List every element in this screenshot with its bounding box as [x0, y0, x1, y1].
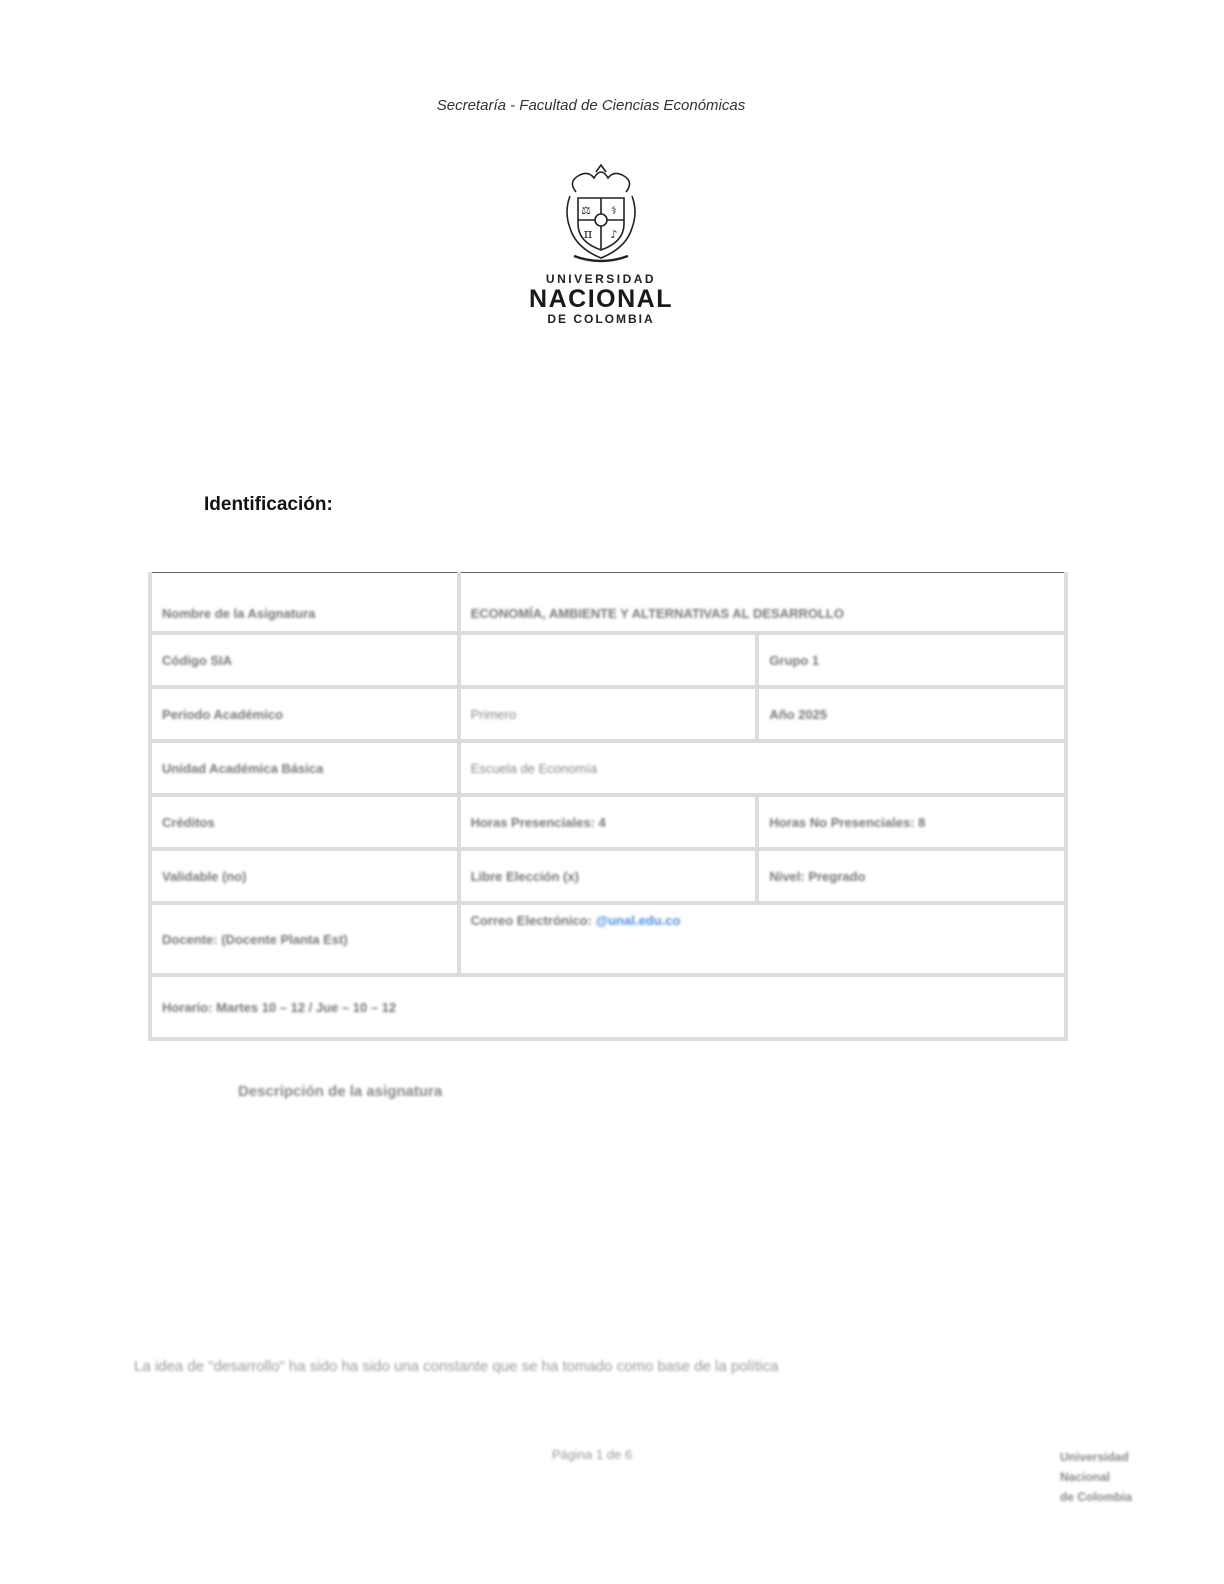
footer-brand: Universidad Nacional de Colombia: [1060, 1447, 1132, 1507]
document-header: Secretaría - Facultad de Ciencias Económ…: [0, 97, 1182, 114]
grupo-label: Grupo 1: [757, 633, 1066, 687]
logo-line-universidad: UNIVERSIDAD: [520, 272, 682, 286]
libre-eleccion-label: Libre Elección (x): [459, 849, 758, 903]
table-row: Créditos Horas Presenciales: 4 Horas No …: [150, 795, 1066, 849]
horas-no-presenciales: Horas No Presenciales: 8: [757, 795, 1066, 849]
footer-brand-line2: Nacional: [1060, 1467, 1132, 1487]
creditos-label: Créditos: [150, 795, 459, 849]
codigo-value: [459, 633, 758, 687]
description-paragraph: La idea de "desarrollo" ha sido ha sido …: [134, 1358, 778, 1375]
section-title: Identificación:: [204, 494, 333, 516]
svg-text:♪: ♪: [610, 228, 617, 241]
horas-presenciales: Horas Presenciales: 4: [459, 795, 758, 849]
correo-label: Correo Electrónico:: [471, 913, 592, 928]
table-row: Unidad Académica Básica Escuela de Econo…: [150, 741, 1066, 795]
nivel-label: Nivel: Pregrado: [757, 849, 1066, 903]
anio-label: Año 2025: [757, 687, 1066, 741]
logo-line-nacional: NACIONAL: [520, 286, 682, 312]
description-title: Descripción de la asignatura: [238, 1083, 442, 1100]
footer-brand-line3: de Colombia: [1060, 1487, 1132, 1507]
svg-text:π: π: [584, 227, 593, 242]
periodo-label: Periodo Académico: [150, 687, 459, 741]
footer-brand-line1: Universidad: [1060, 1447, 1132, 1467]
logo-line-colombia: DE COLOMBIA: [520, 312, 682, 326]
table-row: Código SIA Grupo 1: [150, 633, 1066, 687]
codigo-label: Código SIA: [150, 633, 459, 687]
svg-text:⚕: ⚕: [611, 204, 617, 217]
correo-cell: Correo Electrónico: @unal.edu.co: [459, 903, 1066, 975]
svg-text:⚖: ⚖: [581, 204, 591, 217]
table-row: Horario: Martes 10 – 12 / Jue – 10 – 12: [150, 975, 1066, 1039]
table-row: Periodo Académico Primero Año 2025: [150, 687, 1066, 741]
table-row: Nombre de la Asignatura ECONOMÍA, AMBIEN…: [150, 573, 1066, 634]
email-link[interactable]: @unal.edu.co: [596, 913, 681, 928]
docente-label: Docente: (Docente Planta Est): [150, 903, 459, 975]
table-row: Docente: (Docente Planta Est) Correo Ele…: [150, 903, 1066, 975]
validable-label: Validable (no): [150, 849, 459, 903]
table-row: Validable (no) Libre Elección (x) Nivel:…: [150, 849, 1066, 903]
horario-label: Horario: Martes 10 – 12 / Jue – 10 – 12: [150, 975, 1066, 1039]
unidad-value: Escuela de Economía: [459, 741, 1066, 795]
periodo-value: Primero: [459, 687, 758, 741]
coat-of-arms-icon: ⚖ ⚕ π ♪: [558, 162, 644, 266]
nombre-label: Nombre de la Asignatura: [150, 573, 459, 634]
page-number: Página 1 de 6: [0, 1447, 1184, 1462]
nombre-value: ECONOMÍA, AMBIENTE Y ALTERNATIVAS AL DES…: [459, 573, 1066, 634]
university-logo: ⚖ ⚕ π ♪ UNIVERSIDAD NACIONAL DE COLOMBIA: [520, 162, 682, 326]
identification-table: Nombre de la Asignatura ECONOMÍA, AMBIEN…: [148, 572, 1068, 1041]
unidad-label: Unidad Académica Básica: [150, 741, 459, 795]
